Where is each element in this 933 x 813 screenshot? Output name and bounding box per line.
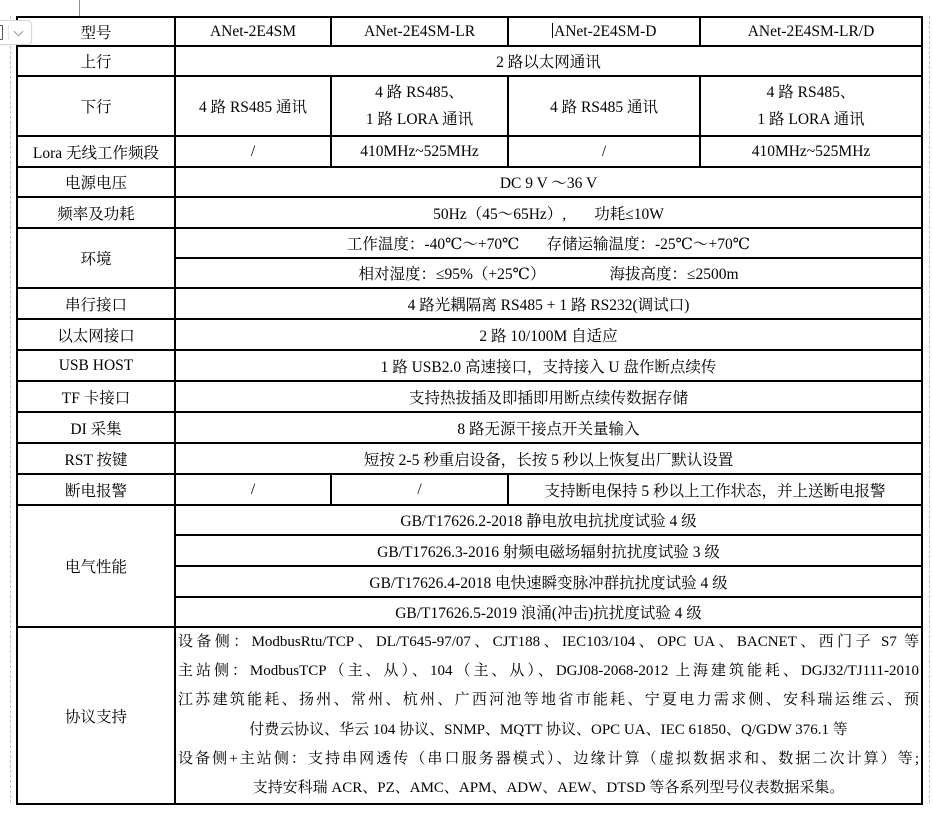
header-model-lrd[interactable]: ANet-2E4SM-LR/D <box>700 17 922 46</box>
cell-lora-lrd[interactable]: 410MHz~525MHz <box>700 136 922 167</box>
cell-freq-power[interactable]: 50Hz（45～65Hz）,功耗≤10W <box>175 197 922 228</box>
row-label-environment[interactable]: 环境 <box>17 228 175 288</box>
cell-power-voltage[interactable]: DC 9 V ～36 V <box>175 167 922 197</box>
divider <box>8 25 9 40</box>
row-label-downlink[interactable]: 下行 <box>17 76 175 136</box>
env-altitude: 海拔高度：≤2500m <box>609 266 738 283</box>
spec-table: 型号 ANet-2E4SM ANet-2E4SM-LR ANet-2E4SM-D… <box>16 16 923 805</box>
protocol-line-6: 支持安科瑞 ACR、PZ、AMC、APM、ADW、AEW、DTSD 等各系列型号… <box>178 774 919 803</box>
cell-electrical-test-3[interactable]: GB/T17626.4-2018 电快速瞬变脉冲群抗扰度试验 4 级 <box>175 566 922 597</box>
table-row: 断电报警 / / 支持断电保持 5 秒以上工作状态，并上送断电报警 <box>17 474 922 505</box>
cell-lora-lr[interactable]: 410MHz~525MHz <box>331 136 508 167</box>
cell-electrical-test-2[interactable]: GB/T17626.3-2016 射频电磁场辐射抗扰度试验 3 级 <box>175 535 922 566</box>
cell-downlink-lr[interactable]: 4 路 RS485、 1 路 LORA 通讯 <box>331 76 508 136</box>
chevron-down-icon <box>14 26 24 36</box>
cursor-mark <box>79 0 80 16</box>
cell-downlink-sm[interactable]: 4 路 RS485 通讯 <box>175 76 331 136</box>
cell-usb-host[interactable]: 1 路 USB2.0 高速接口，支持接入 U 盘作断点续传 <box>175 350 922 381</box>
row-label-di[interactable]: DI 采集 <box>17 412 175 443</box>
table-row: USB HOST 1 路 USB2.0 高速接口，支持接入 U 盘作断点续传 <box>17 350 922 381</box>
table-row: 型号 ANet-2E4SM ANet-2E4SM-LR ANet-2E4SM-D… <box>17 17 922 46</box>
cell-environment-temp[interactable]: 工作温度：-40℃～+70℃存储运输温度：-25℃～+70℃ <box>175 228 922 258</box>
env-humidity: 相对湿度：≤95%（+25℃） <box>358 266 545 283</box>
cell-downlink-lrd[interactable]: 4 路 RS485、 1 路 LORA 通讯 <box>700 76 922 136</box>
row-label-lora-band[interactable]: Lora 无线工作频段 <box>17 136 175 167</box>
select-table-icon <box>0 25 3 40</box>
cell-protocol[interactable]: 设备侧：ModbusRtu/TCP、DL/T645-97/07、CJT188、I… <box>175 627 922 804</box>
row-label-protocol[interactable]: 协议支持 <box>17 627 175 804</box>
header-model-sm[interactable]: ANet-2E4SM <box>175 17 331 46</box>
cell-lora-sm[interactable]: / <box>175 136 331 167</box>
cell-di[interactable]: 8 路无源干接点开关量输入 <box>175 412 922 443</box>
downlink-lrd-line2: 1 路 LORA 通讯 <box>703 106 919 133</box>
row-label-power-fail-alarm[interactable]: 断电报警 <box>17 474 175 505</box>
row-label-power-voltage[interactable]: 电源电压 <box>17 167 175 197</box>
env-storage-temp: 存储运输温度：-25℃～+70℃ <box>547 236 751 253</box>
table-row: 电气性能 GB/T17626.2-2018 静电放电抗扰度试验 4 级 <box>17 505 922 535</box>
cell-uplink-value[interactable]: 2 路以太网通讯 <box>175 46 922 76</box>
table-row: 环境 工作温度：-40℃～+70℃存储运输温度：-25℃～+70℃ <box>17 228 922 258</box>
row-label-usb-host[interactable]: USB HOST <box>17 350 175 381</box>
protocol-line-1: 设备侧：ModbusRtu/TCP、DL/T645-97/07、CJT188、I… <box>178 628 919 657</box>
header-model-d[interactable]: ANet-2E4SM-D <box>508 17 700 46</box>
row-label-uplink[interactable]: 上行 <box>17 46 175 76</box>
table-row: 串行接口 4 路光耦隔离 RS485 + 1 路 RS232(调试口) <box>17 288 922 319</box>
downlink-lrd-line1: 4 路 RS485、 <box>703 79 919 106</box>
table-row: 上行 2 路以太网通讯 <box>17 46 922 76</box>
downlink-lr-line2: 1 路 LORA 通讯 <box>334 106 505 133</box>
table-row: TF 卡接口 支持热拔插及即插即用断点续传数据存储 <box>17 381 922 412</box>
table-row: 电源电压 DC 9 V ～36 V <box>17 167 922 197</box>
cell-electrical-test-4[interactable]: GB/T17626.5-2019 浪涌(冲击)抗扰度试验 4 级 <box>175 597 922 627</box>
table-row: 以太网接口 2 路 10/100M 自适应 <box>17 319 922 350</box>
header-model-d-text: ANet-2E4SM-D <box>554 23 656 40</box>
cell-rst[interactable]: 短按 2-5 秒重启设备，长按 5 秒以上恢复出厂默认设置 <box>175 443 922 474</box>
freq-power-left: 50Hz（45～65Hz）, <box>433 206 566 223</box>
text-boundary-left <box>10 16 11 803</box>
table-row: DI 采集 8 路无源干接点开关量输入 <box>17 412 922 443</box>
table-row: 下行 4 路 RS485 通讯 4 路 RS485、 1 路 LORA 通讯 4… <box>17 76 922 136</box>
row-label-electrical[interactable]: 电气性能 <box>17 505 175 627</box>
protocol-line-5: 设备侧+主站侧：支持串网透传（串口服务器模式）、边缘计算（虚拟数据求和、数据二次… <box>178 745 919 774</box>
env-work-temp: 工作温度：-40℃～+70℃ <box>347 236 520 253</box>
text-cursor <box>552 23 554 38</box>
cell-serial[interactable]: 4 路光耦隔离 RS485 + 1 路 RS232(调试口) <box>175 288 922 319</box>
header-model-label[interactable]: 型号 <box>17 17 175 46</box>
protocol-line-4: 付费云协议、华云 104 协议、SNMP、MQTT 协议、OPC UA、IEC … <box>178 716 919 745</box>
freq-power-right: 功耗≤10W <box>594 206 664 223</box>
cell-electrical-test-1[interactable]: GB/T17626.2-2018 静电放电抗扰度试验 4 级 <box>175 505 922 535</box>
row-label-ethernet[interactable]: 以太网接口 <box>17 319 175 350</box>
downlink-lr-line1: 4 路 RS485、 <box>334 79 505 106</box>
table-row: Lora 无线工作频段 / 410MHz~525MHz / 410MHz~525… <box>17 136 922 167</box>
row-label-rst[interactable]: RST 按键 <box>17 443 175 474</box>
text-boundary-right <box>929 16 930 803</box>
cell-tf-card[interactable]: 支持热拔插及即插即用断点续传数据存储 <box>175 381 922 412</box>
cell-lora-d[interactable]: / <box>508 136 700 167</box>
row-label-tf-card[interactable]: TF 卡接口 <box>17 381 175 412</box>
protocol-line-3: 江苏建筑能耗、扬州、常州、杭州、广西河池等地省市能耗、宁夏电力需求侧、安科瑞运维… <box>178 686 919 715</box>
cell-alarm-sm[interactable]: / <box>175 474 331 505</box>
table-row: 频率及功耗 50Hz（45～65Hz）,功耗≤10W <box>17 197 922 228</box>
table-tool-button[interactable] <box>0 20 32 45</box>
protocol-line-2: 主站侧：ModbusTCP（主、从）、104（主、从）、DGJ08-2068-2… <box>178 657 919 686</box>
cell-alarm-lr[interactable]: / <box>331 474 508 505</box>
table-row: 协议支持 设备侧：ModbusRtu/TCP、DL/T645-97/07、CJT… <box>17 627 922 804</box>
cell-alarm-d-lrd[interactable]: 支持断电保持 5 秒以上工作状态，并上送断电报警 <box>508 474 922 505</box>
cell-ethernet[interactable]: 2 路 10/100M 自适应 <box>175 319 922 350</box>
table-row: RST 按键 短按 2-5 秒重启设备，长按 5 秒以上恢复出厂默认设置 <box>17 443 922 474</box>
cell-environment-humidity[interactable]: 相对湿度：≤95%（+25℃）海拔高度：≤2500m <box>175 258 922 288</box>
row-label-serial[interactable]: 串行接口 <box>17 288 175 319</box>
cell-downlink-d[interactable]: 4 路 RS485 通讯 <box>508 76 700 136</box>
header-model-lr[interactable]: ANet-2E4SM-LR <box>331 17 508 46</box>
row-label-freq-power[interactable]: 频率及功耗 <box>17 197 175 228</box>
